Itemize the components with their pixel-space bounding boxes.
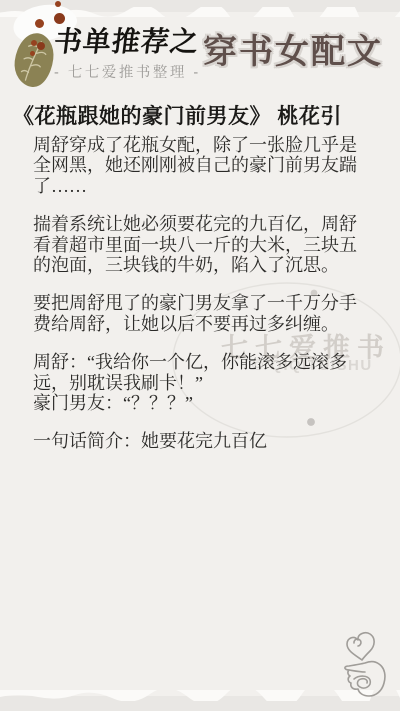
paragraph-2: 揣着系统让她必须要花完的九百亿，周舒 看着超市里面一块八一斤的大米，三块五 的泡… xyxy=(33,214,385,275)
header-brand: 书单推荐之 - 七七爱推书整理 - xyxy=(54,28,201,82)
ink-dot xyxy=(30,51,35,56)
finger-heart-icon xyxy=(340,630,390,702)
ink-dot xyxy=(55,1,61,7)
category-title: 穿书女配文 xyxy=(203,34,383,70)
series-title: 书单推荐之 xyxy=(52,28,202,56)
paragraph-4: 周舒：“我给你一个亿，你能滚多远滚多 远，别耽误我刷卡！” 豪门男友：“？？？” xyxy=(33,352,385,413)
book-title: 《花瓶跟她的豪门前男友》 桃花引 xyxy=(13,104,342,129)
paragraph-5: 一句话简介：她要花完九百亿 xyxy=(33,431,385,451)
paragraph-3: 要把周舒甩了的豪门男友拿了一千万分手 费给周舒，让她以后不要再过多纠缠。 xyxy=(33,293,385,334)
ink-dot xyxy=(35,19,44,28)
book-intro: 周舒穿成了花瓶女配，除了一张脸几乎是 全网黑，她还刚刚被自己的豪门前男友踹 了…… xyxy=(33,135,385,470)
ink-dot xyxy=(54,13,65,24)
ink-dot xyxy=(37,42,45,50)
paragraph-1: 周舒穿成了花瓶女配，除了一张脸几乎是 全网黑，她还刚刚被自己的豪门前男友踹 了…… xyxy=(33,135,385,196)
book-rec-card: 书单推荐之 - 七七爱推书整理 - 穿书女配文 七七爱推书 © QIQITUIS… xyxy=(0,0,400,711)
curator-subtitle: - 七七爱推书整理 - xyxy=(54,61,201,82)
